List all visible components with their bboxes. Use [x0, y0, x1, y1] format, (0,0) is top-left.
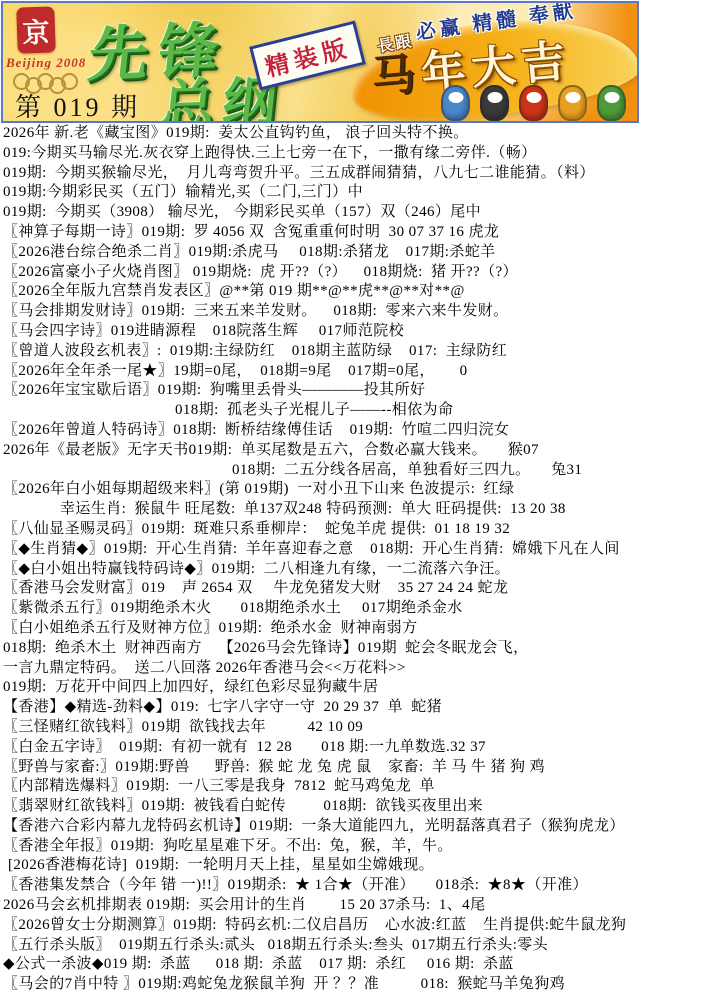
edition-badge: 精装版 — [249, 20, 366, 90]
text-line: 一言九鼎定特码。 送二八回落 2026年香港马会<<万花料>> — [0, 659, 725, 679]
text-line: 〖马会的7肖中特 〗019期:鸡蛇兔龙猴鼠羊狗 开 ？？准 018: 猴蛇马羊兔… — [0, 975, 725, 995]
text-line: 2026年 新.老《藏宝图》019期: 姜太公直钩钓鱼， 浪子回头特不换。 — [0, 124, 725, 144]
text-line: 〖2026港台综合绝杀二肖〗019期:杀虎马 018期:杀猪龙 017期:杀蛇羊 — [0, 243, 725, 263]
text-line: 〖三怪赌红欲钱料〗019期 欲钱找去年 42 10 09 — [0, 718, 725, 738]
text-line: 018期: 绝杀木土 财神西南方 【2026马会先锋诗】019期 蛇会冬眠龙会飞… — [0, 639, 725, 659]
text-line: 〖2026全年版九宫禁肖发表区〗@**第 019 期**@**虎**@**对**… — [0, 282, 725, 302]
text-line: 〖2026富豪小子火烧肖图〗 019期烧: 虎 开??（?） 018期烧: 猪 … — [0, 263, 725, 283]
text-line: 〖八仙显圣赐灵码〗019期: 斑难只系垂柳岸： 蛇兔羊虎 提供: 01 18 1… — [0, 520, 725, 540]
text-line: 〖2026曾女士分期测算〗019期: 特码玄机:二仪启昌历 心水波:红蓝 生肖提… — [0, 916, 725, 936]
fuwa-mascots-row — [441, 85, 626, 121]
text-line: 〖白金五字诗〗 019期: 有初一就有 12 28 018 期:一九单数选.32… — [0, 738, 725, 758]
text-line: 〖2026年宝宝歇后语〗019期: 狗嘴里丢骨头————投其所好 — [0, 381, 725, 401]
issue-number-label: 第 019 期 — [15, 87, 140, 123]
text-line: 〖马会四字诗〗019进睛源程 018院落生辉 017师范院校 — [0, 322, 725, 342]
text-line: 2026年《最老版》无字天书019期: 单买尾数是五六，合数必赢大钱来。 猴07 — [0, 441, 725, 461]
text-line: 〖内部精选爆料〗019期: 一八三零是我身 7812 蛇马鸡兔龙 单 — [0, 777, 725, 797]
text-line: [2026香港梅花诗] 019期: 一轮明月天上挂，星星如尘嫦娥现。 — [0, 856, 725, 876]
text-line: 〖五行杀头版〗 019期五行杀头:贰头 018期五行杀头:叁头 017期五行杀头… — [0, 936, 725, 956]
text-line: 〖神算子每期一诗〗019期: 罗 4056 双 含冤重重何时明 30 07 37… — [0, 223, 725, 243]
text-line: 019期: 万花开中间四上加四好，绿红色彩尽显狗藏牛居 — [0, 678, 725, 698]
text-line: ◆公式一杀波◆019 期: 杀蓝 018 期: 杀蓝 017 期: 杀红 016… — [0, 955, 725, 975]
masthead-banner: 京 Beijing 2008 先锋 总纲 第 019 期 精装版 必赢 精髓 奉… — [1, 1, 639, 123]
text-line: 019:今期买马输尽光.灰衣穿上跑得快.三上七旁一在下，一撒有缘二旁伴.（畅） — [0, 144, 725, 164]
text-line: 018期: 孤老头子光棍儿子——--相依为命 — [0, 401, 725, 421]
fuwa-mascot-icon — [597, 85, 626, 121]
text-line: 幸运生肖: 猴鼠牛 旺尾数: 单137双248 特码预测: 单大 旺码提供: 1… — [0, 500, 725, 520]
text-line: 019期: 今期买猴输尽光， 月儿弯弯贺升平。三五成群闹猜猜，八九七二谁能猜。（… — [0, 164, 725, 184]
text-line: 018期: 二五分线各居高，单独看好三四九。 兔31 — [0, 461, 725, 481]
text-line: 019期: 今期买（3908） 输尽光， 今期彩民买单（157）双（246）尾中 — [0, 203, 725, 223]
text-line: 【香港】◆精选-劲料◆】019: 七字八字守一守 20 29 37 单 蛇猪 — [0, 698, 725, 718]
text-line: 〖2026年曾道人特码诗〗018期: 断桥结缘傅佳话 019期: 竹喧二四归浣女 — [0, 421, 725, 441]
text-line: 〖◆生肖猜◆〗019期: 开心生肖猜: 羊年喜迎春之意 018期: 开心生肖猜:… — [0, 540, 725, 560]
text-line: 〖曾道人波段玄机表〗: 019期:主绿防红 018期主蓝防绿 017: 主绿防红 — [0, 342, 725, 362]
beijing-2008-caption: Beijing 2008 — [6, 55, 96, 71]
greeting-calligraphy-char: 马 — [370, 48, 424, 103]
text-line: 【香港六合彩内幕九龙特码玄机诗】019期: 一条大道能四九，光明磊落真君子（猴狗… — [0, 817, 725, 837]
text-line: 〖香港集发禁合（今年 错 一)!!〗019期杀: ★ 1合★（开准） 018杀:… — [0, 876, 725, 896]
text-line: 〖◆白小姐出特赢钱特码诗◆〗019期: 二八相逢九有缘，一二流落六争汪。 — [0, 560, 725, 580]
text-line: 019期:今期彩民买（五门）输精光,买（二门,三门）中 — [0, 183, 725, 203]
fuwa-mascot-icon — [441, 85, 470, 121]
text-line: 〖2026年全年杀一尾★〗19期=0尾， 018期=9尾 017期=0尾， 0 — [0, 362, 725, 382]
text-line: 〖野兽与家畜:〗019期:野兽 野兽: 猴 蛇 龙 兔 虎 鼠 家畜: 羊 马 … — [0, 758, 725, 778]
text-line: 〖香港全年报〗019期: 狗吃星星难下牙。不出: 兔，猴，羊，牛。 — [0, 837, 725, 857]
text-line: 〖紫微杀五行〗019期绝杀木火 018期绝杀水土 017期绝杀金水 — [0, 599, 725, 619]
text-line: 〖马会排期发财诗〗019期: 三来五来羊发财。 018期: 零来六来牛发财。 — [0, 302, 725, 322]
beijing-2008-emblem-icon: 京 — [16, 6, 56, 53]
fuwa-mascot-icon — [480, 85, 509, 121]
text-line: 2026马会玄机排期表 019期: 买会用计的生肖 15 20 37杀马: 1、… — [0, 896, 725, 916]
text-line: 〖2026年白小姐每期超级来料〗(第 019期) 一对小丑下山来 色波提示: 红… — [0, 480, 725, 500]
text-line: 〖翡翠财红欲钱料〗019期: 被钱看白蛇传 018期: 欲钱买夜里出来 — [0, 797, 725, 817]
fuwa-mascot-icon — [519, 85, 548, 121]
text-line: 〖白小姐绝杀五行及财神方位〗019期: 绝杀水金 财神南弱方 — [0, 619, 725, 639]
fuwa-mascot-icon — [558, 85, 587, 121]
text-line: 〖香港马会发财富〗019 声 2654 双 牛龙免猪发大财 35 27 24 2… — [0, 579, 725, 599]
tip-sheet-text-block: 2026年 新.老《藏宝图》019期: 姜太公直钩钓鱼， 浪子回头特不换。019… — [0, 124, 725, 995]
